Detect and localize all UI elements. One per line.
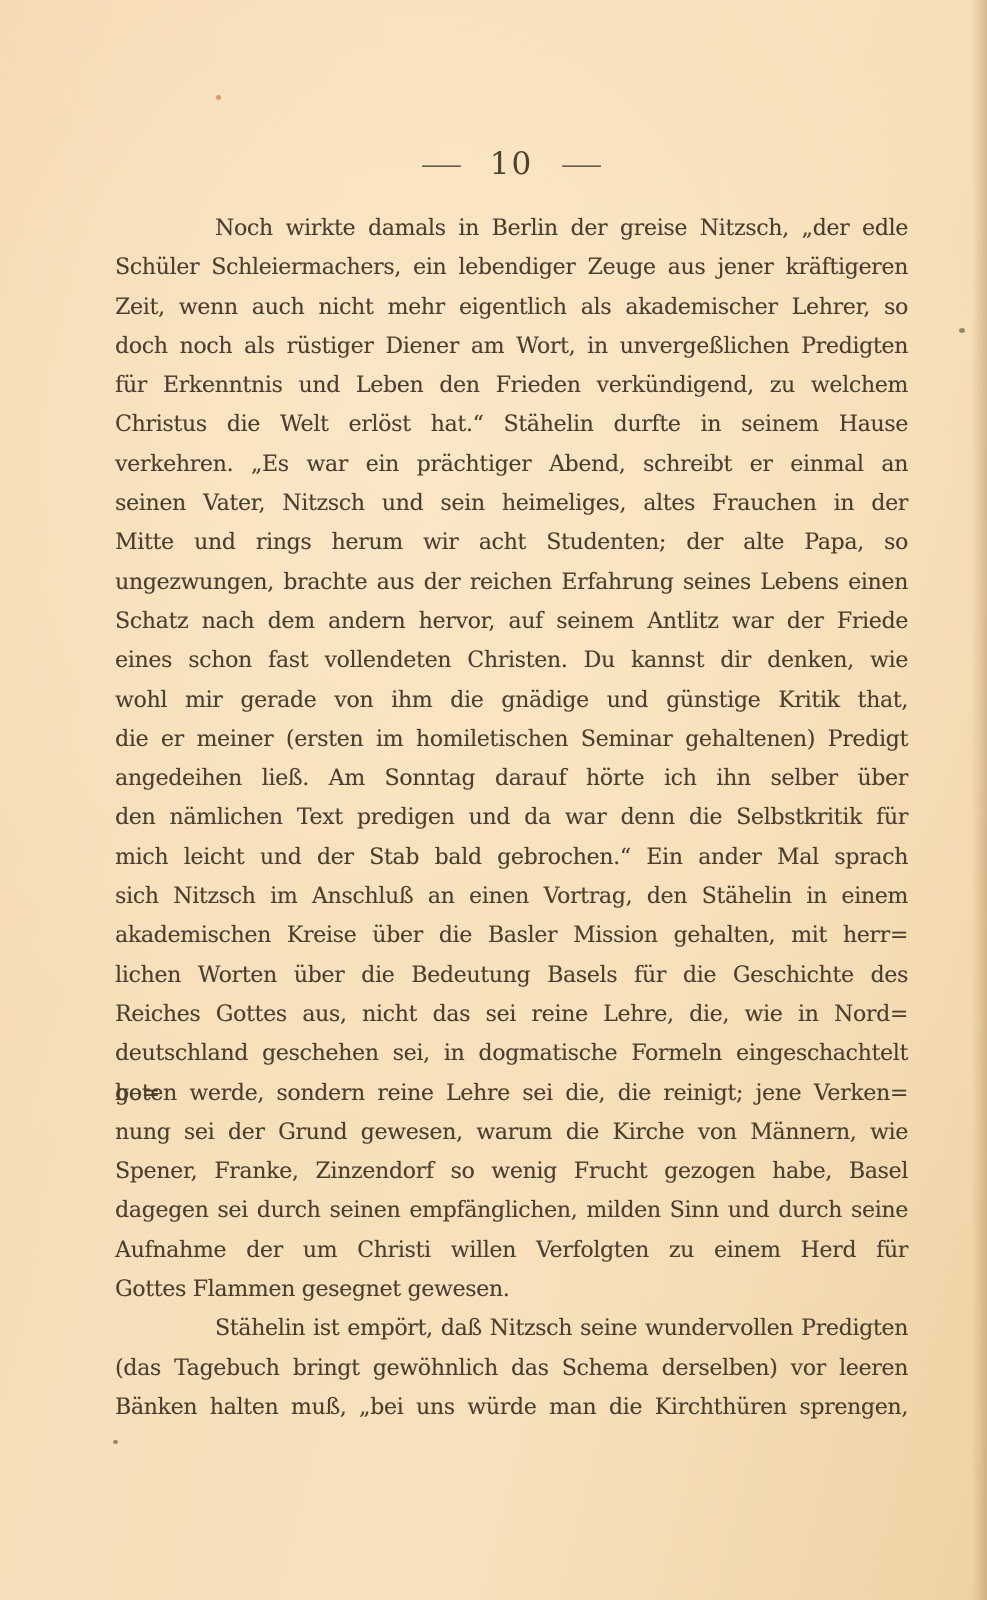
book-page-scan: — 10 — Noch wirkte damals in Berlin der … bbox=[0, 0, 987, 1600]
paragraph: Stähelin ist empört, daß Nitzsch seine w… bbox=[115, 1309, 908, 1427]
text-line: deutschland geschehen sei, in dogmatisch… bbox=[115, 1034, 908, 1073]
text-line: Reiches Gottes aus, nicht das sei reine … bbox=[115, 995, 908, 1034]
text-line: eines schon fast vollendeten Christen. D… bbox=[115, 641, 908, 680]
text-line: für Erkenntnis und Leben den Frieden ver… bbox=[115, 366, 908, 405]
text-line: verkehren. „Es war ein prächtiger Abend,… bbox=[115, 445, 908, 484]
text-line: Noch wirkte damals in Berlin der greise … bbox=[115, 209, 908, 248]
header-dash-left: — bbox=[420, 150, 463, 179]
page-edge-shadow bbox=[971, 0, 987, 1600]
text-line: Zeit, wenn auch nicht mehr eigentlich al… bbox=[115, 288, 908, 327]
page-number: 10 bbox=[490, 146, 533, 182]
paragraph: Noch wirkte damals in Berlin der greise … bbox=[115, 209, 908, 1309]
paper-speck bbox=[113, 1440, 118, 1444]
header-dash-right: — bbox=[560, 150, 603, 179]
text-line: mich leicht und der Stab bald gebrochen.… bbox=[115, 838, 908, 877]
text-line: angedeihen ließ. Am Sonntag darauf hörte… bbox=[115, 759, 908, 798]
text-line: Aufnahme der um Christi willen Verfolgte… bbox=[115, 1231, 908, 1270]
text-line: akademischen Kreise über die Basler Miss… bbox=[115, 916, 908, 955]
page-header: — 10 — bbox=[115, 146, 908, 182]
text-line: nung sei der Grund gewesen, warum die Ki… bbox=[115, 1113, 908, 1152]
text-line: Spener, Franke, Zinzendorf so wenig Fruc… bbox=[115, 1152, 908, 1191]
text-line: sich Nitzsch im Anschluß an einen Vortra… bbox=[115, 877, 908, 916]
text-line: Gottes Flammen gesegnet gewesen. bbox=[115, 1270, 908, 1309]
text-line: Christus die Welt erlöst hat.“ Stähelin … bbox=[115, 405, 908, 444]
text-line: Schüler Schleiermachers, ein lebendiger … bbox=[115, 248, 908, 287]
text-line: dagegen sei durch seinen empfänglichen, … bbox=[115, 1191, 908, 1230]
paper-speck bbox=[216, 95, 221, 100]
text-line: (das Tagebuch bringt gewöhnlich das Sche… bbox=[115, 1349, 908, 1388]
text-line: wohl mir gerade von ihm die gnädige und … bbox=[115, 681, 908, 720]
text-line: den nämlichen Text predigen und da war d… bbox=[115, 798, 908, 837]
text-line: doch noch als rüstiger Diener am Wort, i… bbox=[115, 327, 908, 366]
text-body: Noch wirkte damals in Berlin der greise … bbox=[115, 209, 908, 1427]
text-line: lichen Worten über die Bedeutung Basels … bbox=[115, 956, 908, 995]
text-line: ungezwungen, brachte aus der reichen Erf… bbox=[115, 563, 908, 602]
text-line: boten werde, sondern reine Lehre sei die… bbox=[115, 1074, 908, 1113]
text-line: Mitte und rings herum wir acht Studenten… bbox=[115, 523, 908, 562]
text-line: Bänken halten muß, „bei uns würde man di… bbox=[115, 1388, 908, 1427]
text-line: Schatz nach dem andern hervor, auf seine… bbox=[115, 602, 908, 641]
text-line: Stähelin ist empört, daß Nitzsch seine w… bbox=[115, 1309, 908, 1348]
text-line: seinen Vater, Nitzsch und sein heimelige… bbox=[115, 484, 908, 523]
text-line: die er meiner (ersten im homiletischen S… bbox=[115, 720, 908, 759]
paper-speck bbox=[959, 328, 965, 333]
